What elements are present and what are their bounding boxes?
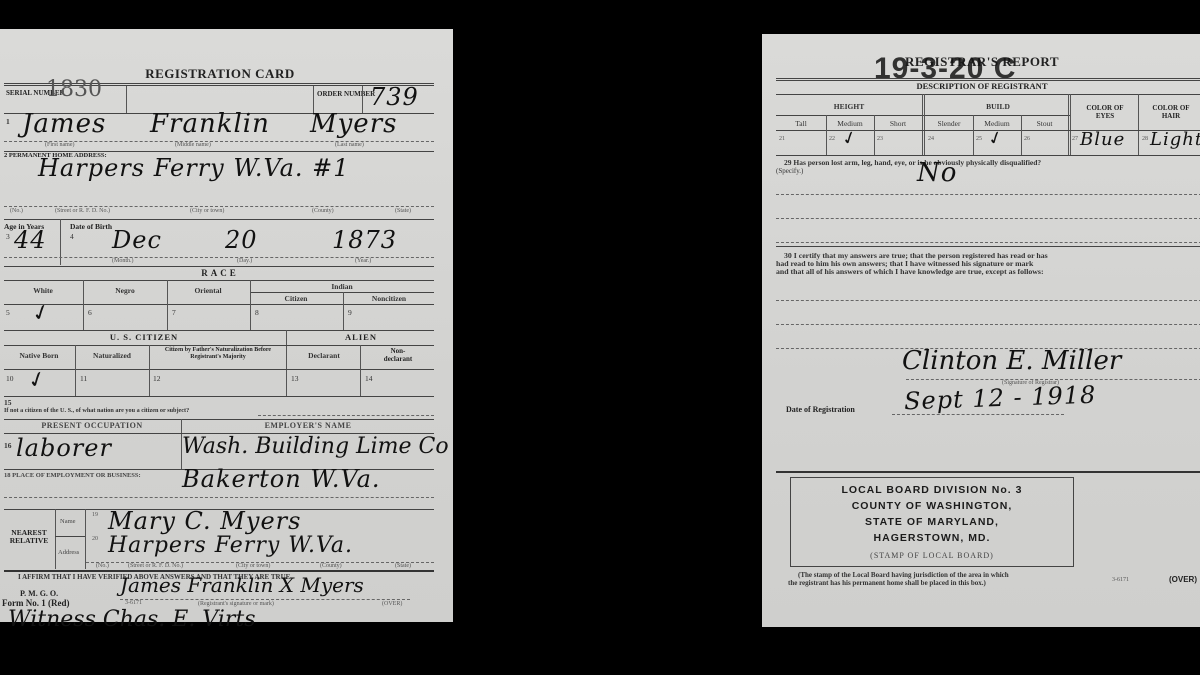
hair-color-header: COLOR OF HAIR (1140, 104, 1200, 120)
alien-col-declarant: Declarant (288, 351, 360, 360)
occupation: laborer (16, 434, 112, 462)
height-header: HEIGHT (776, 102, 922, 111)
dob-day: 20 (225, 226, 258, 254)
race-col-indian: Indian (250, 282, 434, 291)
divider (343, 292, 344, 330)
order-number-label: ORDER NUMBER (317, 90, 359, 98)
divider (776, 471, 1200, 473)
dob-month: Dec (112, 226, 162, 254)
field-number: 19 (92, 512, 98, 518)
relative-name-label: Name (60, 518, 76, 525)
us-citizen-header: U. S. CITIZEN (4, 332, 284, 342)
place-of-employment: Bakerton W.Va. (182, 465, 381, 493)
divider (826, 115, 827, 155)
occupation-header: PRESENT OCCUPATION (4, 421, 180, 430)
sublabel: (No.) (96, 563, 109, 569)
field-number: 13 (291, 374, 299, 383)
field-number: 3 (6, 232, 10, 241)
divider (4, 280, 434, 281)
alien-col-non-declarant: Non-declarant (362, 347, 434, 363)
over-label: (OVER) (1169, 575, 1197, 584)
sublabel: (State) (395, 563, 411, 569)
stamp-note-line: (The stamp of the Local Board having jur… (788, 571, 1009, 579)
field-number: 24 (928, 136, 934, 142)
divider (776, 242, 1200, 243)
form-code: 3-6171 (1112, 577, 1129, 583)
registrant-middle-name: Franklin (150, 109, 270, 139)
relative-address: Harpers Ferry W.Va. (108, 533, 353, 558)
divider (4, 219, 434, 220)
field-number: 4 (70, 232, 74, 241)
relative-name: Mary C. Myers (108, 507, 301, 535)
registrant-first-name: James (22, 109, 106, 139)
eye-color: Blue (1080, 129, 1125, 150)
stamp-line: STATE OF MARYLAND, (791, 516, 1073, 528)
race-col-white: White (4, 286, 82, 295)
divider (4, 369, 434, 370)
divider (776, 300, 1200, 301)
divider (1068, 94, 1071, 155)
hair-color: Light (1150, 129, 1200, 150)
divider (4, 304, 434, 305)
field-15-question: If not a citizen of the U. S., of what n… (4, 407, 189, 414)
certification-line: and that all of his answers of which I h… (776, 268, 1048, 276)
registration-card: REGISTRATION CARD SERIAL NUMBER 1830 ORD… (0, 29, 453, 622)
sublabel: (Day.) (237, 258, 252, 264)
divider (286, 330, 287, 396)
divider (250, 280, 251, 330)
form-code: 3-6171 (125, 600, 142, 606)
relative-address-label: Address (58, 549, 79, 556)
registrar-signature: Clinton E. Miller (902, 346, 1121, 376)
serial-number: 1830 (46, 77, 102, 102)
age: 44 (14, 226, 47, 254)
divider (167, 280, 168, 330)
sublabel: (City or town) (190, 208, 224, 214)
sublabel: (State) (395, 208, 411, 214)
divider (1021, 115, 1022, 155)
divider (75, 345, 76, 396)
field-number: 14 (365, 374, 373, 383)
field-number: 8 (255, 308, 259, 317)
divider (250, 292, 434, 293)
field-number: 1 (6, 117, 10, 126)
divider (776, 218, 1200, 219)
field-number: 26 (1024, 136, 1030, 142)
serial-number-label: SERIAL NUMBER (6, 89, 46, 97)
divider (149, 345, 150, 396)
home-address: Harpers Ferry W.Va. #1 (38, 154, 350, 182)
stamp-line: HAGERSTOWN, MD. (791, 532, 1073, 544)
field-number: 5 (6, 308, 10, 317)
field-number: 21 (779, 136, 785, 142)
pmgo-label: P. M. G. O. (20, 589, 58, 598)
local-board-stamp: LOCAL BOARD DIVISION No. 3 COUNTY OF WAS… (790, 477, 1074, 567)
race-header: RACE (0, 268, 440, 278)
race-col-oriental: Oriental (168, 286, 248, 295)
eye-color-header: COLOR OF EYES (1070, 104, 1140, 120)
race-col-indian-citizen: Citizen (250, 294, 342, 303)
stamp-label: (STAMP OF LOCAL BOARD) (791, 551, 1073, 560)
citizen-col-fathers-naturalization: Citizen by Father's Naturalization Befor… (150, 347, 286, 361)
sublabel: (City or town) (236, 563, 270, 569)
sublabel: (Middle name) (175, 142, 211, 148)
field-number: 15 (4, 398, 12, 407)
alien-header: ALIEN (288, 332, 434, 342)
sublabel: (Street or R. F. D. No.) (55, 208, 110, 214)
registrant-last-name: Myers (310, 109, 397, 139)
divider (126, 86, 127, 113)
divider (4, 570, 434, 572)
registrars-report-card: REGISTRAR'S REPORT 19-3-20 C DESCRIPTION… (762, 34, 1200, 627)
build-col-slender: Slender (925, 119, 973, 128)
check-mark-icon: ✓ (25, 366, 50, 395)
field-number: 6 (88, 308, 92, 317)
divider (85, 509, 86, 569)
report-subtitle: DESCRIPTION OF REGISTRANT (762, 81, 1200, 91)
sublabel: (Month.) (112, 258, 134, 264)
build-header: BUILD (926, 102, 1070, 111)
field-number: 12 (153, 374, 161, 383)
divider (55, 509, 56, 569)
divider (874, 115, 875, 155)
divider (4, 396, 434, 397)
divider (360, 345, 361, 396)
divider (776, 246, 1200, 247)
witness-signature: Witness Chas. E. Virts (8, 607, 256, 632)
build-col-stout: Stout (1021, 119, 1068, 128)
field-number: 10 (6, 374, 14, 383)
stamp-note-line: the registrant has his permanent home sh… (788, 579, 1009, 587)
divider (1138, 94, 1139, 155)
place-of-employment-label: 18 PLACE OF EMPLOYMENT OR BUSINESS: (4, 472, 141, 479)
citizen-col-native-born: Native Born (4, 351, 74, 360)
divider (258, 415, 434, 416)
stamp-line: COUNTY OF WASHINGTON, (791, 500, 1073, 512)
nearest-relative-label: NEAREST RELATIVE (4, 529, 54, 545)
sublabel: (County) (320, 563, 342, 569)
field-number: 23 (877, 136, 883, 142)
field-number: 22 (829, 136, 835, 142)
employer-header: EMPLOYER'S NAME (182, 421, 434, 430)
sublabel: (Street or R. F. D. No.) (128, 563, 183, 569)
divider (60, 219, 61, 265)
height-col-short: Short (874, 119, 922, 128)
sublabel: (Year.) (355, 258, 371, 264)
date-of-registration: Sept 12 - 1918 (904, 381, 1097, 416)
stamp-line: LOCAL BOARD DIVISION No. 3 (791, 484, 1073, 496)
field-number: 7 (172, 308, 176, 317)
date-of-registration-label: Date of Registration (786, 405, 855, 414)
divider (83, 280, 84, 330)
divider (55, 536, 85, 537)
field-number: 28 (1142, 136, 1148, 142)
divider (4, 345, 434, 346)
field-number: 16 (4, 441, 12, 450)
sublabel: (Last name) (335, 142, 364, 148)
divider (776, 324, 1200, 325)
over-label: (OVER) (382, 601, 402, 607)
field-number: 27 (1072, 136, 1078, 142)
citizen-col-naturalized: Naturalized (76, 351, 148, 360)
divider (776, 194, 1200, 195)
field-number: 11 (80, 374, 87, 383)
registrant-signature: James Franklin X Myers (120, 573, 364, 597)
field-number: 20 (92, 536, 98, 542)
divider (4, 497, 434, 498)
sublabel: (County) (312, 208, 334, 214)
employer-name: Wash. Building Lime Co (182, 434, 449, 459)
divider (776, 94, 1200, 95)
divider (4, 419, 434, 420)
dob-year: 1873 (332, 226, 397, 254)
divider (973, 115, 974, 155)
race-col-negro: Negro (84, 286, 166, 295)
order-number: 739 (370, 83, 419, 111)
field-30-certification: 30 I certify that my answers are true; t… (784, 252, 1048, 276)
height-col-tall: Tall (776, 119, 826, 128)
race-col-indian-noncitizen: Noncitizen (344, 294, 434, 303)
sublabel: (No.) (10, 208, 23, 214)
stamp-instructions: (The stamp of the Local Board having jur… (788, 571, 1009, 587)
divider (4, 206, 434, 207)
field-29-question: 29 Has person lost arm, leg, hand, eye, … (784, 158, 1041, 167)
physical-disqualification-answer: No (917, 158, 957, 188)
field-number: 25 (976, 136, 982, 142)
divider (4, 266, 434, 267)
sublabel: (First name) (45, 142, 75, 148)
field-number: 9 (348, 308, 352, 317)
dob-label: Date of Birth (70, 222, 112, 231)
divider (776, 155, 1200, 156)
divider (120, 599, 410, 600)
field-29-specify: (Specify.) (776, 167, 803, 175)
divider (4, 330, 434, 331)
